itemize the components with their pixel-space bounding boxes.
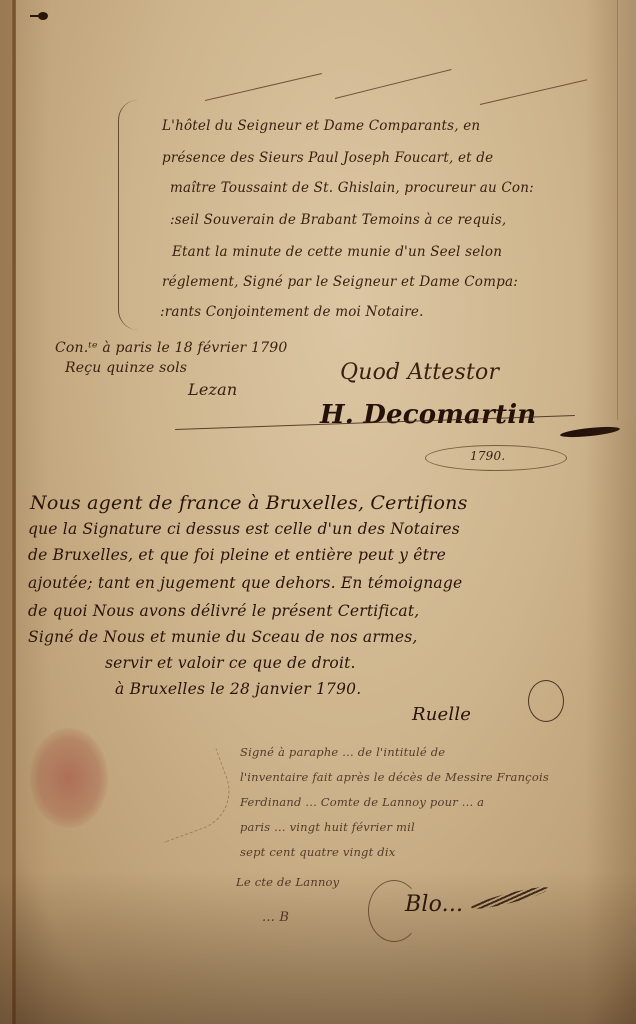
lower-note-line: Signé à paraphe ... de l'intitulé de [240,745,445,759]
certificate-line: Signé de Nous et munie du Sceau de nos a… [28,628,417,646]
signature-swash [470,883,550,912]
pen-flourish [205,73,322,101]
manuscript-page: L'hôtel du Seigneur et Dame Comparants, … [0,0,636,1024]
lower-note-signature: Le cte de Lannoy [236,875,339,889]
agent-signature: Ruelle [412,704,471,725]
signature-loop [368,880,420,942]
certificate-place-date: à Bruxelles le 28 janvier 1790. [115,680,361,698]
certificate-line: Nous agent de france à Bruxelles, Certif… [30,492,468,514]
embossed-stamp [140,748,240,842]
signature-paraph [528,680,564,722]
binding-edge [0,0,12,1024]
main-text-line: maître Toussaint de St. Ghislain, procur… [170,180,534,196]
lower-note-line: sept cent quatre vingt dix [240,845,395,859]
lower-note-line: l'inventaire fait après le décès de Mess… [240,770,549,784]
red-wax-seal [30,728,108,828]
pen-flourish [480,79,587,105]
certificate-line: de Bruxelles, et que foi pleine et entiè… [28,546,446,564]
attestation-year: 1790. [470,449,505,463]
binding-red-line [12,0,16,1024]
certificate-line: que la Signature ci dessus est celle d'u… [28,520,460,538]
main-text-line: réglement, Signé par le Seigneur et Dame… [162,274,518,290]
registration-line: Con.ᵗᵉ à paris le 18 février 1790 [55,340,288,356]
lower-note-line: paris ... vingt huit février mil [240,820,415,834]
pen-flourish [335,69,452,99]
lower-note-line: Ferdinand ... Comte de Lannoy pour ... a [240,795,484,809]
certificate-line: ajoutée; tant en jugement que dehors. En… [28,574,462,592]
main-text-line: Etant la minute de cette munie d'un Seel… [172,244,502,260]
margin-bracket [118,100,147,330]
certificate-line: de quoi Nous avons délivré le présent Ce… [28,602,419,620]
main-text-line: :rants Conjointement de moi Notaire. [160,304,424,320]
quod-attestor: Quod Attestor [340,360,499,385]
ink-blot [38,12,48,20]
main-text-line: :seil Souverain de Brabant Temoins à ce … [170,212,506,228]
main-text-line: L'hôtel du Seigneur et Dame Comparants, … [162,118,480,134]
registrar-signature: Lezan [188,380,237,399]
signature-swash [560,425,621,439]
underlying-sheet-edge [617,0,636,420]
witness-signature: ... B [262,910,289,925]
certificate-line: servir et valoir ce que de droit. [105,654,356,672]
main-text-line: présence des Sieurs Paul Joseph Foucart,… [162,150,493,166]
notary-signature: H. Decomartin [320,400,536,430]
registration-line: Reçu quinze sols [65,360,187,376]
